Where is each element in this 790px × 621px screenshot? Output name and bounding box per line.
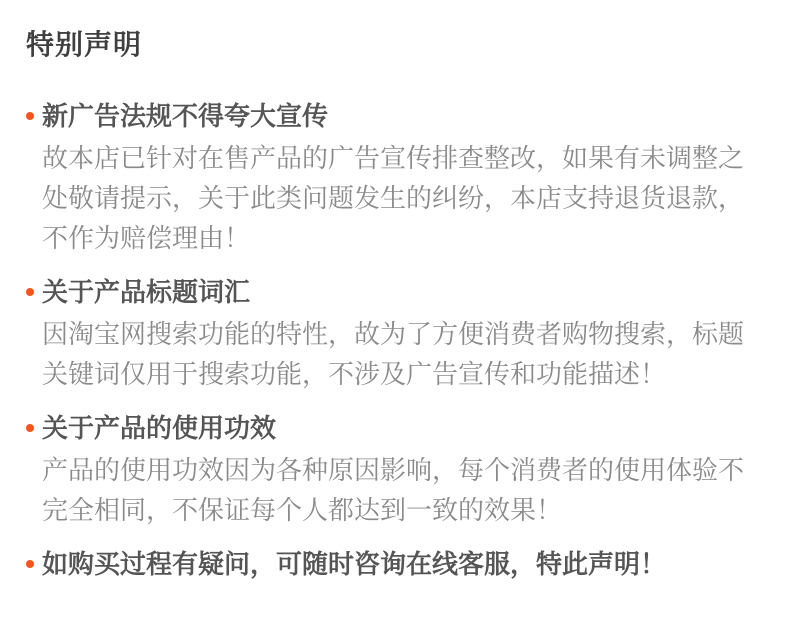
section-heading-row: 关于产品的使用功效: [26, 414, 764, 442]
body-line: 完全相同，不保证每个人都达到一致的效果！: [42, 490, 766, 530]
special-statement-page: 特别声明 新广告法规不得夸大宣传 故本店已针对在售产品的广告宣传排查整改，如果有…: [0, 0, 790, 621]
section-heading: 关于产品标题词汇: [42, 278, 250, 306]
body-line: 不作为赔偿理由！: [42, 218, 766, 258]
statement-section: 如购买过程有疑问，可随时咨询在线客服，特此声明！: [26, 550, 764, 578]
statement-section: 新广告法规不得夸大宣传 故本店已针对在售产品的广告宣传排查整改，如果有未调整之 …: [26, 102, 764, 258]
body-line: 因淘宝网搜索功能的特性，故为了方便消费者购物搜索，标题: [42, 314, 766, 354]
section-body: 故本店已针对在售产品的广告宣传排查整改，如果有未调整之 处敬请提示，关于此类问题…: [42, 138, 766, 258]
body-line: 产品的使用功效因为各种原因影响，每个消费者的使用体验不: [42, 450, 766, 490]
body-line: 故本店已针对在售产品的广告宣传排查整改，如果有未调整之: [42, 138, 766, 178]
section-heading-row: 新广告法规不得夸大宣传: [26, 102, 764, 130]
statement-section: 关于产品的使用功效 产品的使用功效因为各种原因影响，每个消费者的使用体验不 完全…: [26, 414, 764, 530]
bullet-dot-icon: [26, 424, 34, 432]
section-body: 产品的使用功效因为各种原因影响，每个消费者的使用体验不 完全相同，不保证每个人都…: [42, 450, 766, 530]
page-title: 特别声明: [26, 30, 764, 60]
statement-section: 关于产品标题词汇 因淘宝网搜索功能的特性，故为了方便消费者购物搜索，标题 关键词…: [26, 278, 764, 394]
body-line: 关键词仅用于搜索功能，不涉及广告宣传和功能描述！: [42, 354, 766, 394]
bullet-dot-icon: [26, 560, 34, 568]
section-heading: 如购买过程有疑问，可随时咨询在线客服，特此声明！: [42, 550, 666, 578]
section-body: 因淘宝网搜索功能的特性，故为了方便消费者购物搜索，标题 关键词仅用于搜索功能，不…: [42, 314, 766, 394]
body-line: 处敬请提示，关于此类问题发生的纠纷，本店支持退货退款，: [42, 178, 766, 218]
section-heading-row: 关于产品标题词汇: [26, 278, 764, 306]
bullet-dot-icon: [26, 112, 34, 120]
section-heading: 新广告法规不得夸大宣传: [42, 102, 328, 130]
section-heading-row: 如购买过程有疑问，可随时咨询在线客服，特此声明！: [26, 550, 764, 578]
bullet-dot-icon: [26, 288, 34, 296]
section-heading: 关于产品的使用功效: [42, 414, 276, 442]
